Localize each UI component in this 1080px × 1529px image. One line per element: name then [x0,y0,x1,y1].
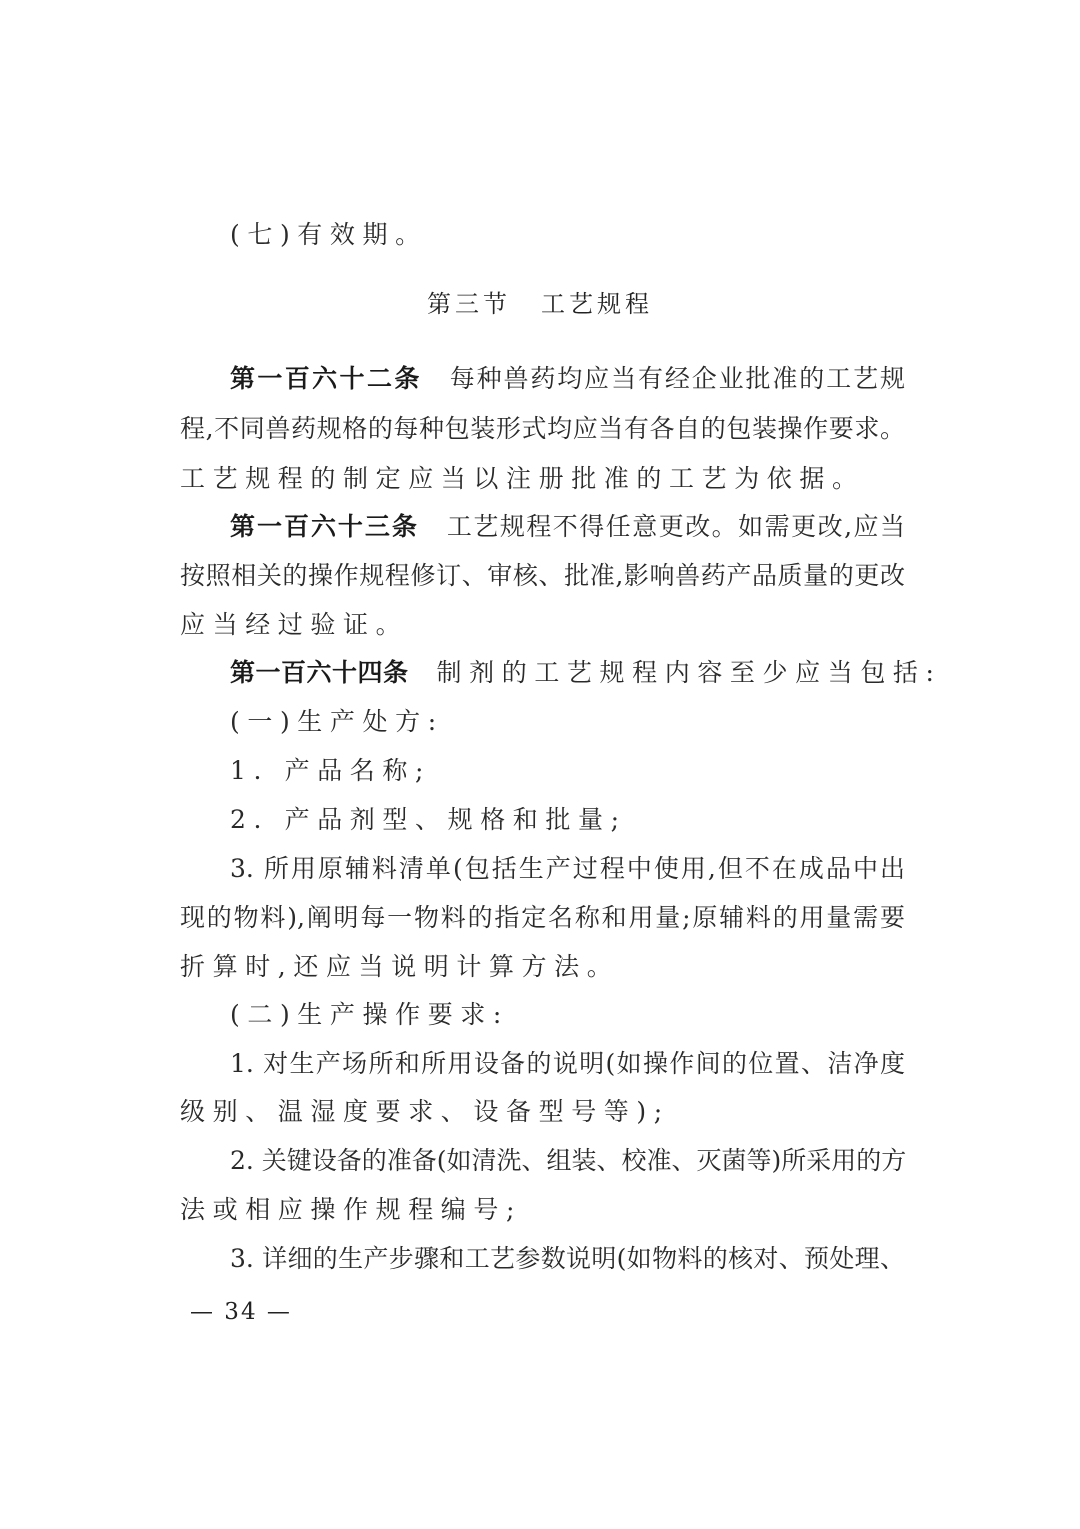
page-number: — 34 — [190,1297,292,1327]
subsection-2-item-1-line-1: 1. 对生产场所和所用设备的说明(如操作间的位置、洁净度 [230,1047,905,1081]
article-163-line-1: 第一百六十三条工艺规程不得任意更改。如需更改,应当 [230,510,905,544]
subsection-2-item-2-line-1: 2. 关键设备的准备(如清洗、组装、校准、灭菌等)所采用的方 [230,1144,905,1178]
subsection-2-heading: (二)生产操作要求: [230,998,905,1032]
item-seven-validity: (七)有效期。 [230,218,905,252]
subsection-1-item-3-line-3: 折算时,还应当说明计算方法。 [180,950,905,984]
subsection-1-heading: (一)生产处方: [230,705,905,739]
subsection-2-item-3-line-1: 3. 详细的生产步骤和工艺参数说明(如物料的核对、预处理、 [230,1242,905,1276]
subsection-2-item-1-line-2: 级别、温湿度要求、设备型号等); [180,1095,905,1129]
article-162-line-1: 第一百六十二条每种兽药均应当有经企业批准的工艺规 [230,362,905,396]
document-page: (七)有效期。 第三节工艺规程 第一百六十二条每种兽药均应当有经企业批准的工艺规… [0,0,1080,1529]
article-text: 每种兽药均应当有经企业批准的工艺规 [450,364,905,393]
article-164-line-1: 第一百六十四条制剂的工艺规程内容至少应当包括: [230,656,905,690]
subsection-2-item-2-line-2: 法或相应操作规程编号; [180,1193,905,1227]
subsection-1-item-3-line-1: 3. 所用原辅料清单(包括生产过程中使用,但不在成品中出 [230,852,905,886]
article-text: 工艺规程不得任意更改。如需更改,应当 [447,512,905,541]
section-heading: 第三节工艺规程 [0,287,1080,321]
article-text: 制剂的工艺规程内容至少应当包括: [437,658,942,687]
section-number: 第三节 [427,290,511,318]
article-number: 第一百六十二条 [230,364,422,393]
subsection-1-item-2: 2. 产品剂型、规格和批量; [230,803,905,837]
subsection-1-item-1: 1. 产品名称; [230,754,905,788]
article-number: 第一百六十三条 [230,512,419,541]
article-163-line-2: 按照相关的操作规程修订、审核、批准,影响兽药产品质量的更改 [180,559,905,593]
article-number: 第一百六十四条 [230,658,409,687]
article-163-line-3: 应当经过验证。 [180,608,905,642]
subsection-1-item-3-line-2: 现的物料),阐明每一物料的指定名称和用量;原辅料的用量需要 [180,901,905,935]
article-162-line-3: 工艺规程的制定应当以注册批准的工艺为依据。 [180,462,905,496]
article-162-line-2: 程,不同兽药规格的每种包装形式均应当有各自的包装操作要求。 [180,412,905,446]
section-title: 工艺规程 [541,290,653,318]
